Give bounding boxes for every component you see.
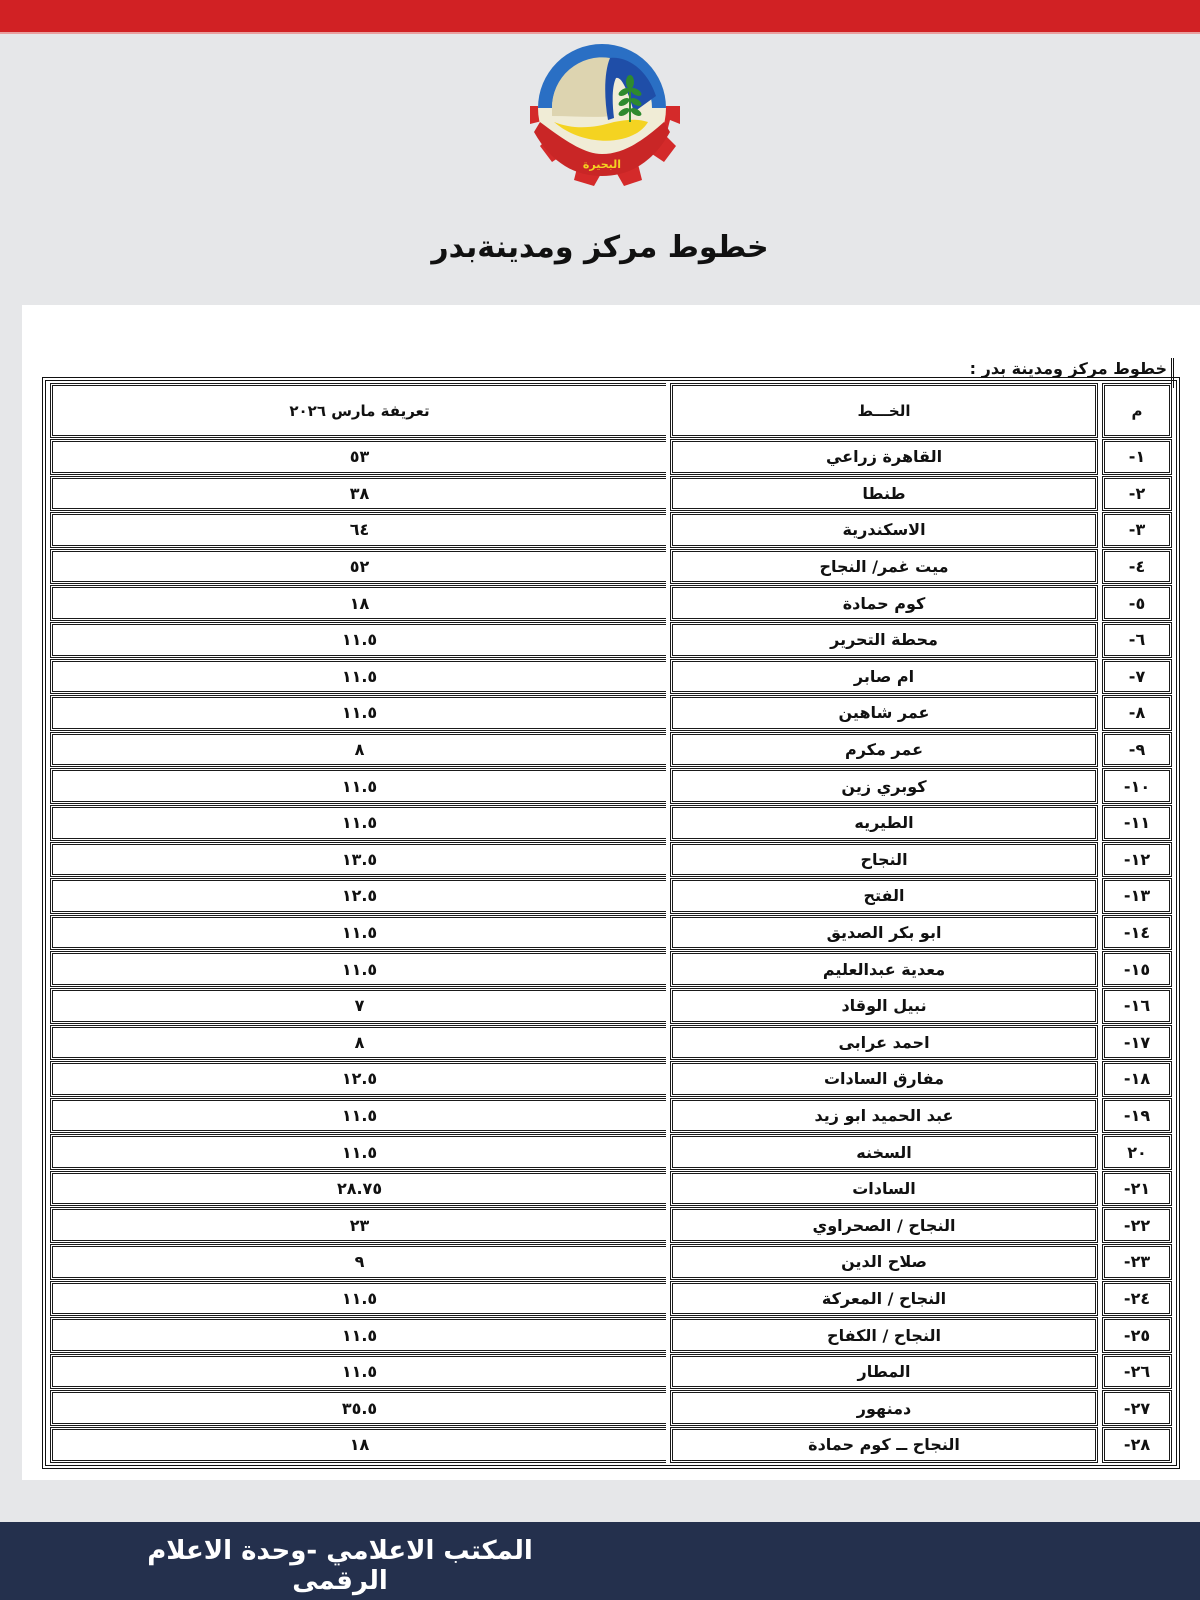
fare-value: ١١.٥ xyxy=(50,695,666,731)
row-number: ١٣- xyxy=(1102,878,1172,914)
table-row: ٢٧-دمنهور٣٥.٥ xyxy=(48,1390,1174,1427)
fare-value: ١١.٥ xyxy=(50,622,666,658)
fares-table: م الخـــط تعريفة مارس ٢٠٢٦ ١-القاهرة زرا… xyxy=(42,377,1180,1469)
fare-value: ١١.٥ xyxy=(50,1281,666,1317)
page-title: خطوط مركز ومدينةبدر xyxy=(0,230,1200,265)
table-row: ٣-الاسكندرية٦٤ xyxy=(48,512,1174,549)
line-name: كوبري زين xyxy=(670,768,1098,804)
table-row: ١٦-نبيل الوقاد٧ xyxy=(48,988,1174,1025)
fare-value: ٥٣ xyxy=(50,439,666,475)
row-number: ٢٦- xyxy=(1102,1354,1172,1390)
fare-value: ١١.٥ xyxy=(50,768,666,804)
fare-value: ١١.٥ xyxy=(50,951,666,987)
row-number: ١٠- xyxy=(1102,768,1172,804)
row-number: ١٨- xyxy=(1102,1061,1172,1097)
line-name: النجاح / الكفاح xyxy=(670,1317,1098,1353)
table-row: ٢-طنطا٣٨ xyxy=(48,476,1174,513)
column-header-fare: تعريفة مارس ٢٠٢٦ xyxy=(50,383,666,438)
fare-value: ٢٣ xyxy=(50,1207,666,1243)
table-row: ٧-ام صابر١١.٥ xyxy=(48,659,1174,696)
row-number: ٢٧- xyxy=(1102,1390,1172,1426)
fare-value: ٧ xyxy=(50,988,666,1024)
row-number: ٢٢- xyxy=(1102,1207,1172,1243)
row-number: ١٦- xyxy=(1102,988,1172,1024)
fare-value: ١١.٥ xyxy=(50,1134,666,1170)
table-row: ٢٣-صلاح الدين٩ xyxy=(48,1244,1174,1281)
table-row: ١٧-احمد عرابى٨ xyxy=(48,1025,1174,1062)
line-name: الاسكندرية xyxy=(670,512,1098,548)
line-name: الطيريه xyxy=(670,805,1098,841)
table-row: ١٢-النجاح١٣.٥ xyxy=(48,842,1174,879)
fare-value: ١٢.٥ xyxy=(50,878,666,914)
fare-value: ٣٨ xyxy=(50,476,666,512)
fare-value: ١١.٥ xyxy=(50,659,666,695)
row-number: ٢- xyxy=(1102,476,1172,512)
column-header-number: م xyxy=(1102,383,1172,438)
table-row: ١٩-عبد الحميد ابو زيد١١.٥ xyxy=(48,1098,1174,1135)
row-number: ٨- xyxy=(1102,695,1172,731)
line-name: ابو بكر الصديق xyxy=(670,915,1098,951)
fare-value: ٨ xyxy=(50,732,666,768)
table-body: ١-القاهرة زراعي٥٣٢-طنطا٣٨٣-الاسكندرية٦٤٤… xyxy=(48,439,1174,1464)
fare-value: ١٣.٥ xyxy=(50,842,666,878)
line-name: عمر مكرم xyxy=(670,732,1098,768)
row-number: ١٩- xyxy=(1102,1098,1172,1134)
line-name: الفتح xyxy=(670,878,1098,914)
line-name: ام صابر xyxy=(670,659,1098,695)
table-header-row: م الخـــط تعريفة مارس ٢٠٢٦ xyxy=(48,383,1174,439)
row-number: ٩- xyxy=(1102,732,1172,768)
table-row: ١٥-معدية عبدالعليم١١.٥ xyxy=(48,951,1174,988)
row-number: ٦- xyxy=(1102,622,1172,658)
row-number: ٢١- xyxy=(1102,1171,1172,1207)
footer-bar: المكتب الاعلامي -وحدة الاعلام الرقمى xyxy=(0,1522,1200,1600)
row-number: ١٧- xyxy=(1102,1025,1172,1061)
row-number: ٢٣- xyxy=(1102,1244,1172,1280)
row-number: ٢٤- xyxy=(1102,1281,1172,1317)
top-accent-bar xyxy=(0,0,1200,34)
line-name: النجاح / المعركة xyxy=(670,1281,1098,1317)
table-row: ١-القاهرة زراعي٥٣ xyxy=(48,439,1174,476)
footer-credit: المكتب الاعلامي -وحدة الاعلام الرقمى xyxy=(110,1536,570,1596)
row-number: ٢٥- xyxy=(1102,1317,1172,1353)
fare-value: ١١.٥ xyxy=(50,1354,666,1390)
line-name: القاهرة زراعي xyxy=(670,439,1098,475)
row-number: ١٤- xyxy=(1102,915,1172,951)
table-row: ١٨-مفارق السادات١٢.٥ xyxy=(48,1061,1174,1098)
row-number: ٢٨- xyxy=(1102,1427,1172,1463)
fare-value: ١١.٥ xyxy=(50,805,666,841)
table-row: ١٠-كوبري زين١١.٥ xyxy=(48,768,1174,805)
line-name: كوم حمادة xyxy=(670,585,1098,621)
row-number: ٧- xyxy=(1102,659,1172,695)
line-name: مفارق السادات xyxy=(670,1061,1098,1097)
fare-value: ٥٢ xyxy=(50,549,666,585)
svg-text:البحيرة: البحيرة xyxy=(583,158,621,171)
row-number: ٤- xyxy=(1102,549,1172,585)
fare-value: ١١.٥ xyxy=(50,915,666,951)
table-row: ٩-عمر مكرم٨ xyxy=(48,732,1174,769)
line-name: السخنه xyxy=(670,1134,1098,1170)
line-name: نبيل الوقاد xyxy=(670,988,1098,1024)
line-name: السادات xyxy=(670,1171,1098,1207)
fare-value: ١١.٥ xyxy=(50,1098,666,1134)
table-row: ٥-كوم حمادة١٨ xyxy=(48,585,1174,622)
table-row: ٢٠السخنه١١.٥ xyxy=(48,1134,1174,1171)
row-number: ١١- xyxy=(1102,805,1172,841)
line-name: طنطا xyxy=(670,476,1098,512)
table-row: ١٤-ابو بكر الصديق١١.٥ xyxy=(48,915,1174,952)
table-row: ٢٨-النجاح ــ كوم حمادة١٨ xyxy=(48,1427,1174,1464)
line-name: ميت غمر/ النجاح xyxy=(670,549,1098,585)
fare-value: ٦٤ xyxy=(50,512,666,548)
fare-value: ٨ xyxy=(50,1025,666,1061)
line-name: احمد عرابى xyxy=(670,1025,1098,1061)
fare-value: ١٨ xyxy=(50,1427,666,1463)
table-row: ٢١-السادات٢٨.٧٥ xyxy=(48,1171,1174,1208)
fare-value: ٢٨.٧٥ xyxy=(50,1171,666,1207)
line-name: النجاح / الصحراوي xyxy=(670,1207,1098,1243)
fare-value: ١٢.٥ xyxy=(50,1061,666,1097)
scanned-document: خطوط مركز ومدينة بدر : م الخـــط تعريفة … xyxy=(22,305,1200,1480)
line-name: النجاح xyxy=(670,842,1098,878)
fare-value: ١١.٥ xyxy=(50,1317,666,1353)
logo-icon: البحيرة xyxy=(524,36,680,188)
line-name: عبد الحميد ابو زيد xyxy=(670,1098,1098,1134)
line-name: النجاح ــ كوم حمادة xyxy=(670,1427,1098,1463)
line-name: المطار xyxy=(670,1354,1098,1390)
line-name: معدية عبدالعليم xyxy=(670,951,1098,987)
column-header-line: الخـــط xyxy=(670,383,1098,438)
beheira-logo: البحيرة xyxy=(524,36,680,188)
table-row: ٢٤-النجاح / المعركة١١.٥ xyxy=(48,1281,1174,1318)
line-name: دمنهور xyxy=(670,1390,1098,1426)
table-row: ٤-ميت غمر/ النجاح٥٢ xyxy=(48,549,1174,586)
fare-value: ١٨ xyxy=(50,585,666,621)
table-row: ٦-محطة التحرير١١.٥ xyxy=(48,622,1174,659)
fare-value: ٣٥.٥ xyxy=(50,1390,666,1426)
fare-value: ٩ xyxy=(50,1244,666,1280)
line-name: محطة التحرير xyxy=(670,622,1098,658)
table-row: ١١-الطيريه١١.٥ xyxy=(48,805,1174,842)
table-row: ١٣-الفتح١٢.٥ xyxy=(48,878,1174,915)
row-number: ١٢- xyxy=(1102,842,1172,878)
row-number: ١- xyxy=(1102,439,1172,475)
table-row: ٢٥-النجاح / الكفاح١١.٥ xyxy=(48,1317,1174,1354)
table-row: ٢٢-النجاح / الصحراوي٢٣ xyxy=(48,1207,1174,1244)
line-name: صلاح الدين xyxy=(670,1244,1098,1280)
table-row: ٨-عمر شاهين١١.٥ xyxy=(48,695,1174,732)
row-number: ٥- xyxy=(1102,585,1172,621)
row-number: ٣- xyxy=(1102,512,1172,548)
row-number: ١٥- xyxy=(1102,951,1172,987)
row-number: ٢٠ xyxy=(1102,1134,1172,1170)
table-row: ٢٦-المطار١١.٥ xyxy=(48,1354,1174,1391)
line-name: عمر شاهين xyxy=(670,695,1098,731)
